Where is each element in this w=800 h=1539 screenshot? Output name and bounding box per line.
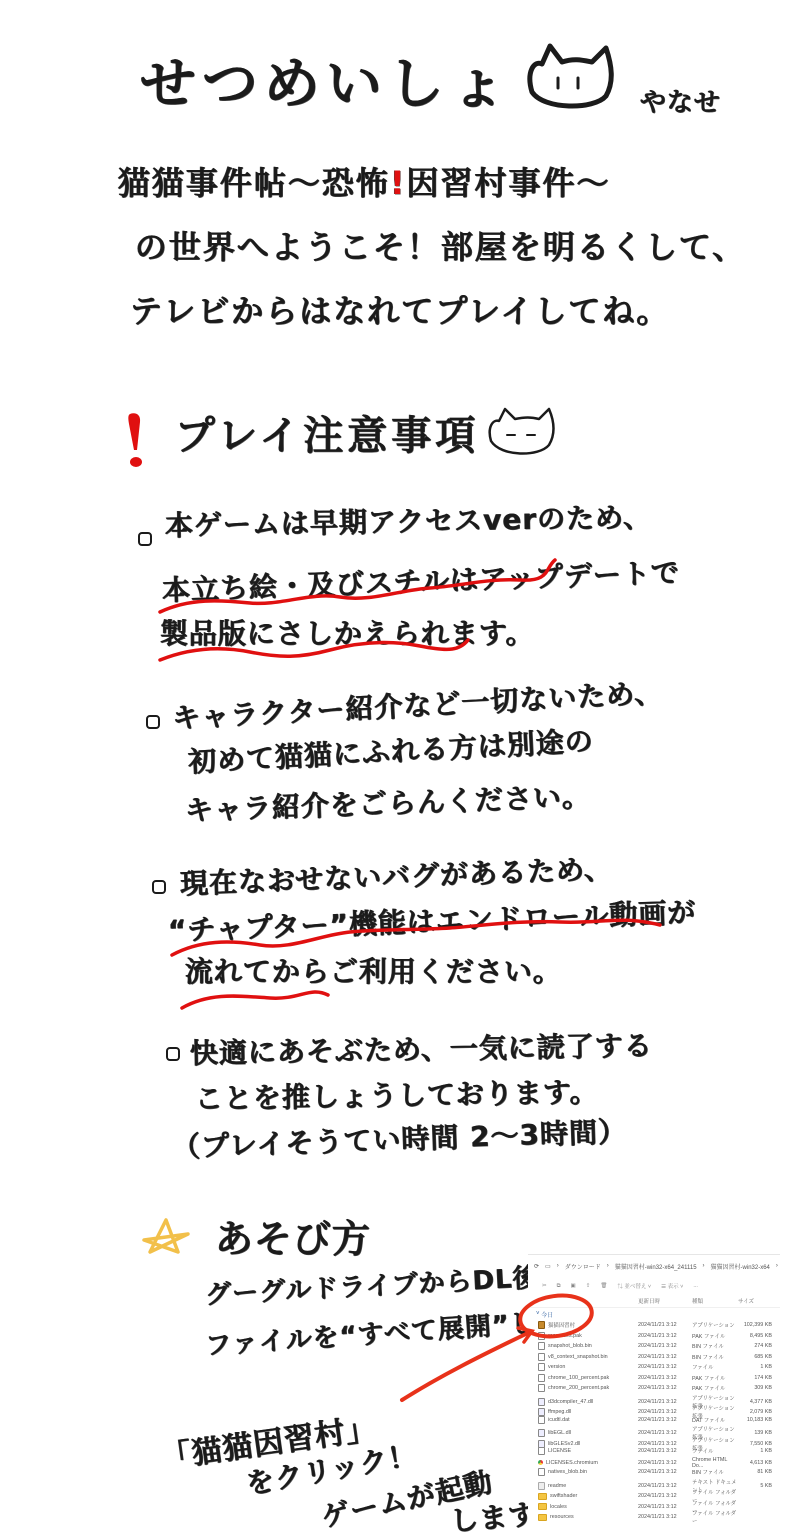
intro-line-3: テレビからはなれてプレイしてね。 <box>130 286 670 332</box>
file-type: DAT ファイル <box>692 1416 738 1424</box>
note-3-line-1: 現在なおせないバグがあるため、 <box>179 847 613 902</box>
file-date: 2024/11/21 3:12 <box>638 1430 692 1436</box>
file-type: Chrome HTML Do... <box>692 1457 738 1469</box>
file-size: 174 KB <box>738 1375 776 1381</box>
file-type: BIN ファイル <box>692 1353 738 1361</box>
file-row[interactable]: d3dcompiler_47.dll2024/11/21 3:12アプリケーショ… <box>528 1394 780 1405</box>
file-row[interactable]: libEGL.dll2024/11/21 3:12アプリケーション拡張139 K… <box>528 1425 780 1436</box>
yellow-star-icon <box>140 1216 192 1258</box>
folder-file-icon <box>538 1514 547 1521</box>
explorer-file-list: 猫猫因習村2024/11/21 3:12アプリケーション102,399 KBre… <box>528 1320 780 1520</box>
bullet-2 <box>146 715 160 729</box>
file-file-icon <box>538 1353 545 1361</box>
file-file-icon <box>538 1416 545 1424</box>
file-row[interactable]: LICENSES.chromium2024/11/21 3:12Chrome H… <box>528 1457 780 1468</box>
file-row[interactable]: natives_blob.bin2024/11/21 3:12BIN ファイル8… <box>528 1467 780 1478</box>
note-3-line-3: 流れてからご利用ください。 <box>185 950 562 990</box>
file-date: 2024/11/21 3:12 <box>638 1399 692 1405</box>
file-row[interactable]: swiftshader2024/11/21 3:12ファイル フォルダー <box>528 1488 780 1499</box>
column-date: 更新日時 <box>638 1297 692 1305</box>
file-date: 2024/11/21 3:12 <box>638 1514 692 1520</box>
file-size: 81 KB <box>738 1469 776 1475</box>
bullet-3 <box>152 880 166 894</box>
note-4-line-2: ことを推しょうしております。 <box>195 1070 599 1117</box>
note-1-line-2: 本立ち絵・及びスチルはアップデートで <box>161 551 680 609</box>
file-type: BIN ファイル <box>692 1342 738 1350</box>
file-date: 2024/11/21 3:12 <box>638 1364 692 1370</box>
file-type: BIN ファイル <box>692 1468 738 1476</box>
file-type: ファイル <box>692 1363 738 1371</box>
copy-icon: ⧉ <box>557 1283 561 1290</box>
file-name: resources <box>550 1514 574 1520</box>
note-1-line-3: 製品版にさしかえられます。 <box>160 612 535 652</box>
note-4-line-1: 快適にあそぶため、一気に読了する <box>190 1024 654 1072</box>
file-type: アプリケーション <box>692 1321 738 1329</box>
notes-section-title: プレイ注意事項 <box>175 404 479 461</box>
folder-file-icon <box>538 1503 547 1510</box>
file-size: 309 KB <box>738 1385 776 1391</box>
dll-file-icon <box>538 1429 545 1437</box>
file-name: ffmpeg.dll <box>548 1409 571 1415</box>
file-explorer-screenshot: ⟳ ▭ › ダウンロード › 猫猫因習村-win32-x64_241115 › … <box>528 1254 780 1539</box>
intro-line-1: 猫猫事件帖～恐怖!因習村事件～ <box>118 158 611 204</box>
file-type: ファイル フォルダー <box>692 1509 738 1525</box>
file-name: locales <box>550 1504 567 1510</box>
page-title: せつめいしょ <box>140 40 512 120</box>
file-row[interactable]: v8_context_snapshot.bin2024/11/21 3:12BI… <box>528 1352 780 1363</box>
note-1-line-1: 本ゲームは早期アクセスverのため、 <box>165 496 653 544</box>
author-signature: やなせ <box>640 82 721 119</box>
file-date: 2024/11/21 3:12 <box>638 1417 692 1423</box>
howto-section-title: あそび方 <box>215 1208 371 1263</box>
file-type: PAK ファイル <box>692 1374 738 1382</box>
file-file-icon <box>538 1332 545 1340</box>
red-exclamation: ! <box>390 164 407 202</box>
file-name: LICENSES.chromium <box>546 1460 598 1466</box>
file-row[interactable]: LICENSE2024/11/21 3:12ファイル1 KB <box>528 1446 780 1457</box>
file-row[interactable]: locales2024/11/21 3:12ファイル フォルダー <box>528 1499 780 1510</box>
file-size: 10,183 KB <box>738 1417 776 1423</box>
file-row[interactable]: chrome_200_percent.pak2024/11/21 3:12PAK… <box>528 1383 780 1394</box>
bullet-4 <box>166 1047 180 1061</box>
file-row[interactable]: version2024/11/21 3:12ファイル1 KB <box>528 1362 780 1373</box>
file-date: 2024/11/21 3:12 <box>638 1469 692 1475</box>
explorer-toolbar: ✂ ⧉ ▣ ⇪ 🗑 ⇅ 並べ替え ˅ ☰ 表示 ˅ ... <box>528 1277 780 1295</box>
file-size: 8,495 KB <box>738 1333 776 1339</box>
file-name: version <box>548 1364 565 1370</box>
file-size: 7,550 KB <box>738 1441 776 1447</box>
file-name: v8_context_snapshot.bin <box>548 1354 608 1360</box>
pc-icon: ▭ <box>545 1263 551 1270</box>
file-date: 2024/11/21 3:12 <box>638 1483 692 1489</box>
file-size: 1 KB <box>738 1364 776 1370</box>
file-name: 猫猫因習村 <box>548 1321 575 1329</box>
file-row[interactable]: snapshot_blob.bin2024/11/21 3:12BIN ファイル… <box>528 1341 780 1352</box>
file-row[interactable]: icudtl.dat2024/11/21 3:12DAT ファイル10,183 … <box>528 1415 780 1426</box>
file-date: 2024/11/21 3:12 <box>638 1375 692 1381</box>
file-date: 2024/11/21 3:12 <box>638 1333 692 1339</box>
file-name: chrome_100_percent.pak <box>548 1375 609 1381</box>
app-file-icon <box>538 1321 545 1329</box>
file-row[interactable]: ffmpeg.dll2024/11/21 3:12アプリケーション拡張2,079… <box>528 1404 780 1415</box>
intro-line-2: の世界へようこそ！部屋を明るくして、 <box>135 222 746 268</box>
file-row[interactable]: libGLESv2.dll2024/11/21 3:12アプリケーション拡張7,… <box>528 1436 780 1447</box>
chrome-file-icon <box>538 1460 543 1465</box>
file-row[interactable]: resources.pak2024/11/21 3:12PAK ファイル8,49… <box>528 1331 780 1342</box>
file-size: 5 KB <box>738 1483 776 1489</box>
file-file-icon <box>538 1447 545 1455</box>
cut-icon: ✂ <box>542 1283 547 1289</box>
file-size: 2,079 KB <box>738 1409 776 1415</box>
note-2-line-3: キャラ紹介をごらんください。 <box>184 775 591 829</box>
file-name: d3dcompiler_47.dll <box>548 1399 593 1405</box>
file-type: PAK ファイル <box>692 1332 738 1340</box>
dll-file-icon <box>538 1398 545 1406</box>
file-date: 2024/11/21 3:12 <box>638 1343 692 1349</box>
file-date: 2024/11/21 3:12 <box>638 1441 692 1447</box>
file-name: libGLESv2.dll <box>548 1441 580 1447</box>
file-name: libEGL.dll <box>548 1430 571 1436</box>
file-row[interactable]: readme2024/11/21 3:12テキスト ドキュメント5 KB <box>528 1478 780 1489</box>
howto-step-2: ファイルを“すべて展開”して <box>204 1301 565 1363</box>
file-date: 2024/11/21 3:12 <box>638 1322 692 1328</box>
file-file-icon <box>538 1374 545 1382</box>
file-type: PAK ファイル <box>692 1384 738 1392</box>
file-file-icon <box>538 1363 545 1371</box>
file-size: 4,613 KB <box>738 1460 776 1466</box>
file-name: natives_blob.bin <box>548 1469 587 1475</box>
file-name: readme <box>548 1483 566 1489</box>
red-exclamation-icon <box>125 410 147 470</box>
file-date: 2024/11/21 3:12 <box>638 1409 692 1415</box>
file-size: 1 KB <box>738 1448 776 1454</box>
file-name: snapshot_blob.bin <box>548 1343 592 1349</box>
intro-game-title-rest: 因習村事件～ <box>407 164 611 202</box>
breadcrumb-item: 猫猫因習村-win32-x64 <box>711 1262 770 1271</box>
file-name: resources.pak <box>548 1333 582 1339</box>
refresh-icon: ⟳ <box>534 1263 539 1270</box>
paste-icon: ▣ <box>571 1283 576 1289</box>
breadcrumb-item: ダウンロード <box>565 1262 601 1271</box>
file-size: 274 KB <box>738 1343 776 1349</box>
txt-file-icon <box>538 1482 545 1490</box>
file-date: 2024/11/21 3:12 <box>638 1493 692 1499</box>
file-row[interactable]: 猫猫因習村2024/11/21 3:12アプリケーション102,399 KB <box>528 1320 780 1331</box>
explorer-address-bar: ⟳ ▭ › ダウンロード › 猫猫因習村-win32-x64_241115 › … <box>528 1255 780 1277</box>
column-type: 種類 <box>692 1297 738 1305</box>
file-name: chrome_200_percent.pak <box>548 1385 609 1391</box>
intro-game-title: 猫猫事件帖～恐怖 <box>118 164 390 202</box>
sort-button: ⇅ 並べ替え ˅ <box>617 1282 651 1290</box>
file-date: 2024/11/21 3:12 <box>638 1354 692 1360</box>
delete-icon: 🗑 <box>600 1283 607 1289</box>
file-name: icudtl.dat <box>548 1417 570 1423</box>
more-button: ... <box>693 1283 698 1289</box>
file-date: 2024/11/21 3:12 <box>638 1460 692 1466</box>
file-file-icon <box>538 1468 545 1476</box>
file-date: 2024/11/21 3:12 <box>638 1504 692 1510</box>
file-date: 2024/11/21 3:12 <box>638 1448 692 1454</box>
folder-file-icon <box>538 1493 547 1500</box>
view-button: ☰ 表示 ˅ <box>661 1282 683 1290</box>
cat-face-icon <box>522 42 614 112</box>
breadcrumb-item: 猫猫因習村-win32-x64_241115 <box>615 1262 697 1271</box>
file-name: LICENSE <box>548 1448 571 1454</box>
sleepy-cat-icon <box>485 405 557 457</box>
column-size: サイズ <box>738 1297 776 1305</box>
file-name: swiftshader <box>550 1493 577 1499</box>
file-size: 685 KB <box>738 1354 776 1360</box>
group-today: ˅ 今日 <box>528 1308 780 1320</box>
file-size: 4,377 KB <box>738 1399 776 1405</box>
file-size: 139 KB <box>738 1430 776 1436</box>
file-type: ファイル <box>692 1447 738 1455</box>
file-size: 102,399 KB <box>738 1322 776 1328</box>
file-row[interactable]: resources2024/11/21 3:12ファイル フォルダー <box>528 1509 780 1520</box>
file-file-icon <box>538 1384 545 1392</box>
file-row[interactable]: chrome_100_percent.pak2024/11/21 3:12PAK… <box>528 1373 780 1384</box>
file-date: 2024/11/21 3:12 <box>638 1385 692 1391</box>
note-4-line-3: （プレイそうてい時間 2～3時間） <box>171 1110 627 1166</box>
file-file-icon <box>538 1342 545 1350</box>
share-icon: ⇪ <box>586 1283 591 1289</box>
bullet-1 <box>138 532 152 546</box>
explorer-column-headers: 更新日時 種類 サイズ <box>528 1295 780 1308</box>
